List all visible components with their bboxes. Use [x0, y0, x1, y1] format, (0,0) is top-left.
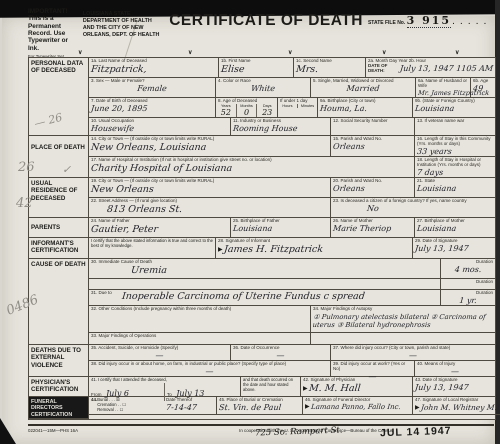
state-file-number: 3 915	[407, 14, 451, 28]
field-race: 4. Color or Race White	[216, 78, 311, 98]
handwritten-value: —	[333, 352, 494, 360]
field-father-birthplace: 25. Birthplace of Father Louisiana	[231, 218, 331, 238]
field-occupation: 10. Usual Occupation Housewife	[89, 118, 231, 136]
field-label: 31. Due to	[91, 291, 112, 302]
handwritten-value: Marie Theriop	[333, 225, 413, 233]
received-date-stamp: JUL 14 1947	[380, 425, 452, 439]
informant-statement: I certify that the above stated informat…	[89, 238, 216, 259]
row-hospital: 17. Name of Hospital or Institution (If …	[89, 157, 495, 178]
form-number: 022041—15M—PHS 16A	[28, 428, 138, 433]
field-injury-at-work: 39. Did injury occur at work? (Yes or No…	[331, 361, 415, 377]
section-personal-data: PERSONAL DATA OF DECEASED 1a. Last Name …	[29, 58, 495, 136]
certify-text: I certify that the above stated informat…	[91, 239, 213, 249]
field-duration-1: Duration 4 mos.	[441, 259, 495, 279]
duration-value: 1 yr.	[443, 297, 494, 305]
field-informant-signature: 28. Signature of Informant ▶ James H. Fi…	[216, 238, 413, 259]
handwritten-value: St. Vin. de Paul	[219, 404, 301, 412]
important-note-text: IMPORTANT! This is a Permanent Record. U…	[28, 8, 68, 52]
field-label: 13. If veteran name war	[417, 119, 493, 124]
death-certificate-scan: IMPORTANT! This is a Permanent Record. U…	[0, 0, 500, 444]
age-months-value: 0	[237, 108, 258, 117]
handwritten-value: Louisiana	[417, 185, 494, 193]
field-spouse-name: 6a. Name of Husband or Wife Mr. James Fi…	[416, 78, 471, 98]
handwritten-value: Louisiana	[415, 105, 494, 113]
removal-option: Removal . .	[97, 407, 118, 412]
row-sex-race: 3. Sex — Male or Female? Female 4. Color…	[89, 78, 495, 98]
row-occupation: 10. Usual Occupation Housewife 11. Indus…	[89, 118, 495, 136]
duration-label: Duration	[443, 280, 493, 285]
signature-value: Lamana Panno, Fallo Inc.	[310, 404, 400, 411]
section-physician: PHYSICIAN'S CERTIFICATION 41. I certify …	[29, 377, 495, 397]
handwritten-value: Housewife	[91, 125, 229, 133]
field-cause-blank	[89, 279, 441, 290]
row-names: 1a. Last Name of Deceased Fitzpatrick, 1…	[89, 58, 495, 78]
handwritten-value: Fitzpatrick,	[91, 65, 217, 75]
field-immediate-cause: 30. Immediate Cause of Death Uremia	[89, 259, 441, 279]
pointer-icon: ▶	[305, 403, 310, 410]
row-physician: 41. I certify that I attended the deceas…	[89, 377, 495, 397]
side-label-place: PLACE OF DEATH	[29, 136, 89, 178]
row-violence-2: 38. Did injury occur in or about home, o…	[89, 361, 495, 377]
field-hospital-stay: 18. Length of Stay in Hospital or Instit…	[415, 157, 495, 178]
pencil-mark: 42	[16, 196, 33, 211]
field-spouse-age: 6b. Age 49	[471, 78, 495, 98]
minutes-label: Minutes	[298, 104, 317, 108]
handwritten-value: Elise	[221, 65, 292, 75]
handwritten-value: No	[367, 205, 494, 213]
handwritten-value: July 13, 1947 1105 AM	[400, 65, 494, 73]
field-physician-signature: 42. Signature of Physician ▶ M. M. Hall	[301, 377, 413, 397]
side-label-funeral: FUNERAL DIRECTORS CERTIFICATION	[29, 397, 89, 419]
arrow-down-icon: ∨	[455, 49, 459, 56]
certify-text: and that death occurred on the date and …	[243, 378, 298, 392]
field-label: 18. Length of Stay in Hospital or Instit…	[417, 158, 493, 168]
section-place-of-death: PLACE OF DEATH 14. City or Town — (If ou…	[29, 136, 495, 178]
field-second-name: 1c. Second Name Mrs.	[294, 58, 366, 78]
handwritten-value: Louisiana	[233, 225, 329, 233]
field-date-of-death: 2a. Month Day Year 2b. Hour DATE OF DEAT…	[366, 58, 495, 78]
handwritten-value: Female	[91, 85, 214, 93]
field-due-to: 31. Due to Inoperable Carcinoma of Uteri…	[89, 290, 441, 306]
field-community-stay: 16. Length of Stay in this Community (Yr…	[415, 136, 495, 157]
pointer-icon: ▶	[218, 246, 223, 253]
handwritten-value: Charity Hospital of Louisiana	[91, 164, 413, 174]
section-parents: PARENTS 24. Name of Father Gautier, Pete…	[29, 218, 495, 238]
row-death-city: 14. City or Town — (If outside city or t…	[89, 136, 495, 157]
field-physician-date: 43. Date of Signature July 13, 1947	[413, 377, 495, 397]
certificate-title: CERTIFICATE OF DEATH	[169, 12, 363, 30]
field-birthplace-city: 9a. Birthplace (City or town) Houma, La.	[318, 98, 413, 118]
handwritten-value: —	[233, 352, 329, 360]
pointer-icon: ▶	[303, 385, 308, 392]
field-under-one-day: If under 1 day Hours Minutes	[278, 98, 318, 118]
age-days-value: 23	[257, 108, 277, 117]
section-residence: USUAL RESIDENCE OF DECEASED 19. City or …	[29, 178, 495, 218]
field-autopsy-continued	[311, 333, 495, 345]
form-grid: PERSONAL DATA OF DECEASED 1a. Last Name …	[28, 57, 496, 420]
signature-value: John M. Whitney M.D.	[420, 404, 500, 412]
handwritten-value: White	[218, 85, 309, 93]
row-residence-city: 19. City or Town — (If outside city or t…	[89, 178, 495, 198]
field-veteran-war: 13. If veteran name war	[415, 118, 495, 136]
duration-value: 4 mos.	[443, 266, 494, 274]
field-death-parish: 15. Parish and Ward No. Orleans	[331, 136, 415, 157]
handwritten-value: 7-14-47	[166, 404, 215, 412]
row-operations: 33. Major Findings of Operations	[89, 333, 495, 345]
arrow-down-icon: ∨	[78, 49, 82, 56]
field-birthplace-state: 9b. (State or Foreign Country) Louisiana	[413, 98, 495, 118]
pencil-mark: 26	[18, 160, 35, 175]
side-label-residence: USUAL RESIDENCE OF DECEASED	[29, 178, 89, 218]
field-first-name: 1b. First Name Elise	[219, 58, 294, 78]
field-street-address: 22. Street Address — (If rural give loca…	[89, 198, 331, 218]
handwritten-value: Rooming House	[233, 125, 329, 133]
handwritten-value: 813 Orleans St.	[107, 205, 329, 215]
section-external-violence: DEATHS DUE TO EXTERNAL VIOLENCE 35. Acci…	[29, 345, 495, 377]
pointer-icon: ▶	[415, 404, 420, 411]
row-other-conditions: 32. Other Conditions (Include pregnancy …	[89, 306, 495, 333]
row-violence-1: 35. Accident, Suicide, or Homicide (Spec…	[89, 345, 495, 361]
handwritten-value: Mrs.	[296, 65, 364, 75]
field-other-conditions: 32. Other Conditions (Include pregnancy …	[89, 306, 311, 333]
side-label-informant: INFORMANT'S CERTIFICATION	[29, 238, 89, 259]
state-file: STATE FILE No. 3 915 . . . . .	[368, 12, 488, 26]
handwritten-value: Houma, La.	[320, 105, 411, 113]
field-label: 33. Major Findings of Operations	[91, 334, 308, 339]
handwritten-value: Orleans	[333, 185, 413, 193]
field-means-of-injury: 40. Means of Injury —	[415, 361, 495, 377]
side-label-parents: PARENTS	[29, 218, 89, 238]
handwritten-value: Gautier, Peter	[91, 225, 229, 235]
field-funeral-director: 46. Signature of Funeral Director ▶ Lama…	[303, 397, 413, 415]
pencil-check-mark: ✓	[62, 163, 71, 176]
field-attended-dates: 41. I certify that I attended the deceas…	[89, 377, 241, 397]
field-label: 34. Major Findings of Autopsy	[313, 307, 372, 312]
arrow-down-icon: ∨	[382, 49, 386, 56]
field-duration-2: Duration	[441, 279, 495, 290]
handwritten-value: Orleans	[333, 143, 413, 151]
field-label: 23. Is deceased a citizen of a foreign c…	[333, 199, 493, 204]
section-informant: INFORMANT'S CERTIFICATION I certify that…	[29, 238, 495, 259]
field-informant-date: 29. Date of Signature July 13, 1947	[413, 238, 495, 259]
field-injury-location: 37. Where did injury occur? (City or tow…	[331, 345, 495, 361]
field-date-of-birth: 7. Date of Birth of Deceased June 20, 18…	[89, 98, 216, 118]
handwritten-value: July 13, 1947	[415, 245, 494, 253]
field-last-name: 1a. Last Name of Deceased Fitzpatrick,	[89, 58, 219, 78]
field-ssn: 12. Social Security Number	[331, 118, 415, 136]
field-mother-name: 26. Name of Mother Marie Theriop	[331, 218, 415, 238]
row-parents: 24. Name of Father Gautier, Peter 25. Bi…	[89, 218, 495, 238]
handwritten-value: 49	[473, 85, 494, 93]
field-autopsy-findings: 34. Major Findings of Autopsy ① Pulmonar…	[311, 306, 495, 333]
row-street-address: 22. Street Address — (If rural give loca…	[89, 198, 495, 218]
field-disposition: 44. Burial . . . ☒ Cremation . . ☐ Remov…	[89, 397, 217, 415]
state-file-label: STATE FILE No.	[368, 20, 405, 26]
checkbox-empty-icon: ☐	[120, 407, 124, 412]
arrow-down-icon: ∨	[288, 49, 292, 56]
signature-value: James H. Fitzpatrick	[223, 245, 323, 255]
field-age: 8. Age of Deceased Years Months Days 52 …	[216, 98, 278, 118]
row-immediate-cause: 30. Immediate Cause of Death Uremia Dura…	[89, 259, 495, 279]
handwritten-value: Louisiana	[417, 225, 494, 233]
field-injury-place-type: 38. Did injury occur in or about home, o…	[89, 361, 331, 377]
field-label: 32. Other Conditions (Include pregnancy …	[91, 307, 308, 312]
tab-arrow-marks: ∨ ∨ ∨ ∨ ∨	[0, 49, 500, 57]
physician-statement: and that death occurred on the date and …	[241, 377, 301, 397]
side-label-physician: PHYSICIAN'S CERTIFICATION	[29, 377, 89, 397]
section-funeral: FUNERAL DIRECTORS CERTIFICATION 44. Buri…	[29, 397, 495, 419]
field-duration-3: Duration 1 yr.	[441, 290, 495, 306]
field-hospital: 17. Name of Hospital or Institution (If …	[89, 157, 415, 178]
row-due-to: 31. Due to Inoperable Carcinoma of Uteri…	[89, 290, 495, 306]
field-marital-status: 5. Single, Married, Widowed or Divorced …	[311, 78, 416, 98]
handwritten-value: 7 days	[417, 169, 494, 177]
dotted-leader: . . . . .	[452, 19, 488, 26]
field-residence-city: 19. City or Town — (If outside city or t…	[89, 178, 331, 198]
arrow-down-icon: ∨	[188, 49, 192, 56]
field-industry: 11. Industry or Business Rooming House	[231, 118, 331, 136]
field-label: 6a. Name of Husband or Wife	[418, 79, 468, 89]
hours-label: Hours	[278, 104, 298, 108]
signature-value: M. M. Hall	[308, 384, 361, 394]
handwritten-value: —	[91, 368, 329, 376]
row-informant: I certify that the above stated informat…	[89, 238, 495, 259]
row-cause-blank: Duration	[89, 279, 495, 290]
field-burial-place: 45. Place of Burial or Cremation St. Vin…	[217, 397, 303, 415]
handwritten-value: New Orleans	[91, 185, 329, 195]
handwritten-value: Mr. James Fitzpatrick	[418, 90, 469, 97]
row-funeral: 44. Burial . . . ☒ Cremation . . ☐ Remov…	[89, 397, 500, 415]
field-occurrence-date: 36. Date of Occurrence —	[231, 345, 331, 361]
field-label: 16. Length of Stay in this Community (Yr…	[417, 137, 493, 147]
field-foreign-citizen: 23. Is deceased a citizen of a foreign c…	[331, 198, 495, 218]
handwritten-value: —	[417, 368, 494, 376]
field-death-city: 14. City or Town — (If outside city or t…	[89, 136, 331, 157]
handwritten-value: —	[91, 352, 229, 360]
field-residence-parish: 20. Parish and Ward No. Orleans	[331, 178, 415, 198]
field-operations: 33. Major Findings of Operations	[89, 333, 311, 345]
section-cause-of-death: CAUSE OF DEATH 30. Immediate Cause of De…	[29, 259, 495, 345]
handwritten-value: Married	[313, 85, 414, 93]
field-label: 39. Did injury occur at work? (Yes or No…	[333, 362, 412, 372]
handwritten-value: Uremia	[131, 266, 439, 276]
field-father-name: 24. Name of Father Gautier, Peter	[89, 218, 231, 238]
field-local-registrar: 47. Signature of Local Registrar ▶ John …	[413, 397, 500, 415]
field-label: 12. Social Security Number	[333, 119, 412, 124]
row-birth-age: 7. Date of Birth of Deceased June 20, 18…	[89, 98, 495, 118]
handwritten-value: ① Pulmonary atelectasis bilateral ② Carc…	[312, 313, 494, 330]
handwritten-value: New Orleans, Louisiana	[91, 143, 329, 153]
handwritten-value: July 13, 1947	[415, 384, 494, 392]
field-sex: 3. Sex — Male or Female? Female	[89, 78, 216, 98]
age-years-value: 52	[216, 108, 237, 117]
field-label-bold: DATE OF DEATH:	[368, 64, 400, 74]
handwritten-value: June 20, 1895	[91, 105, 214, 113]
field-residence-state: 21. State Louisiana	[415, 178, 495, 198]
handwritten-value: Inoperable Carcinoma of Uterine Fundus c…	[121, 292, 365, 302]
field-accident-type: 35. Accident, Suicide, or Homicide (Spec…	[89, 345, 231, 361]
side-label-violence: DEATHS DUE TO EXTERNAL VIOLENCE	[29, 345, 89, 377]
handwritten-value: 33 years	[417, 148, 494, 156]
field-mother-birthplace: 27. Birthplace of Mother Louisiana	[415, 218, 495, 238]
